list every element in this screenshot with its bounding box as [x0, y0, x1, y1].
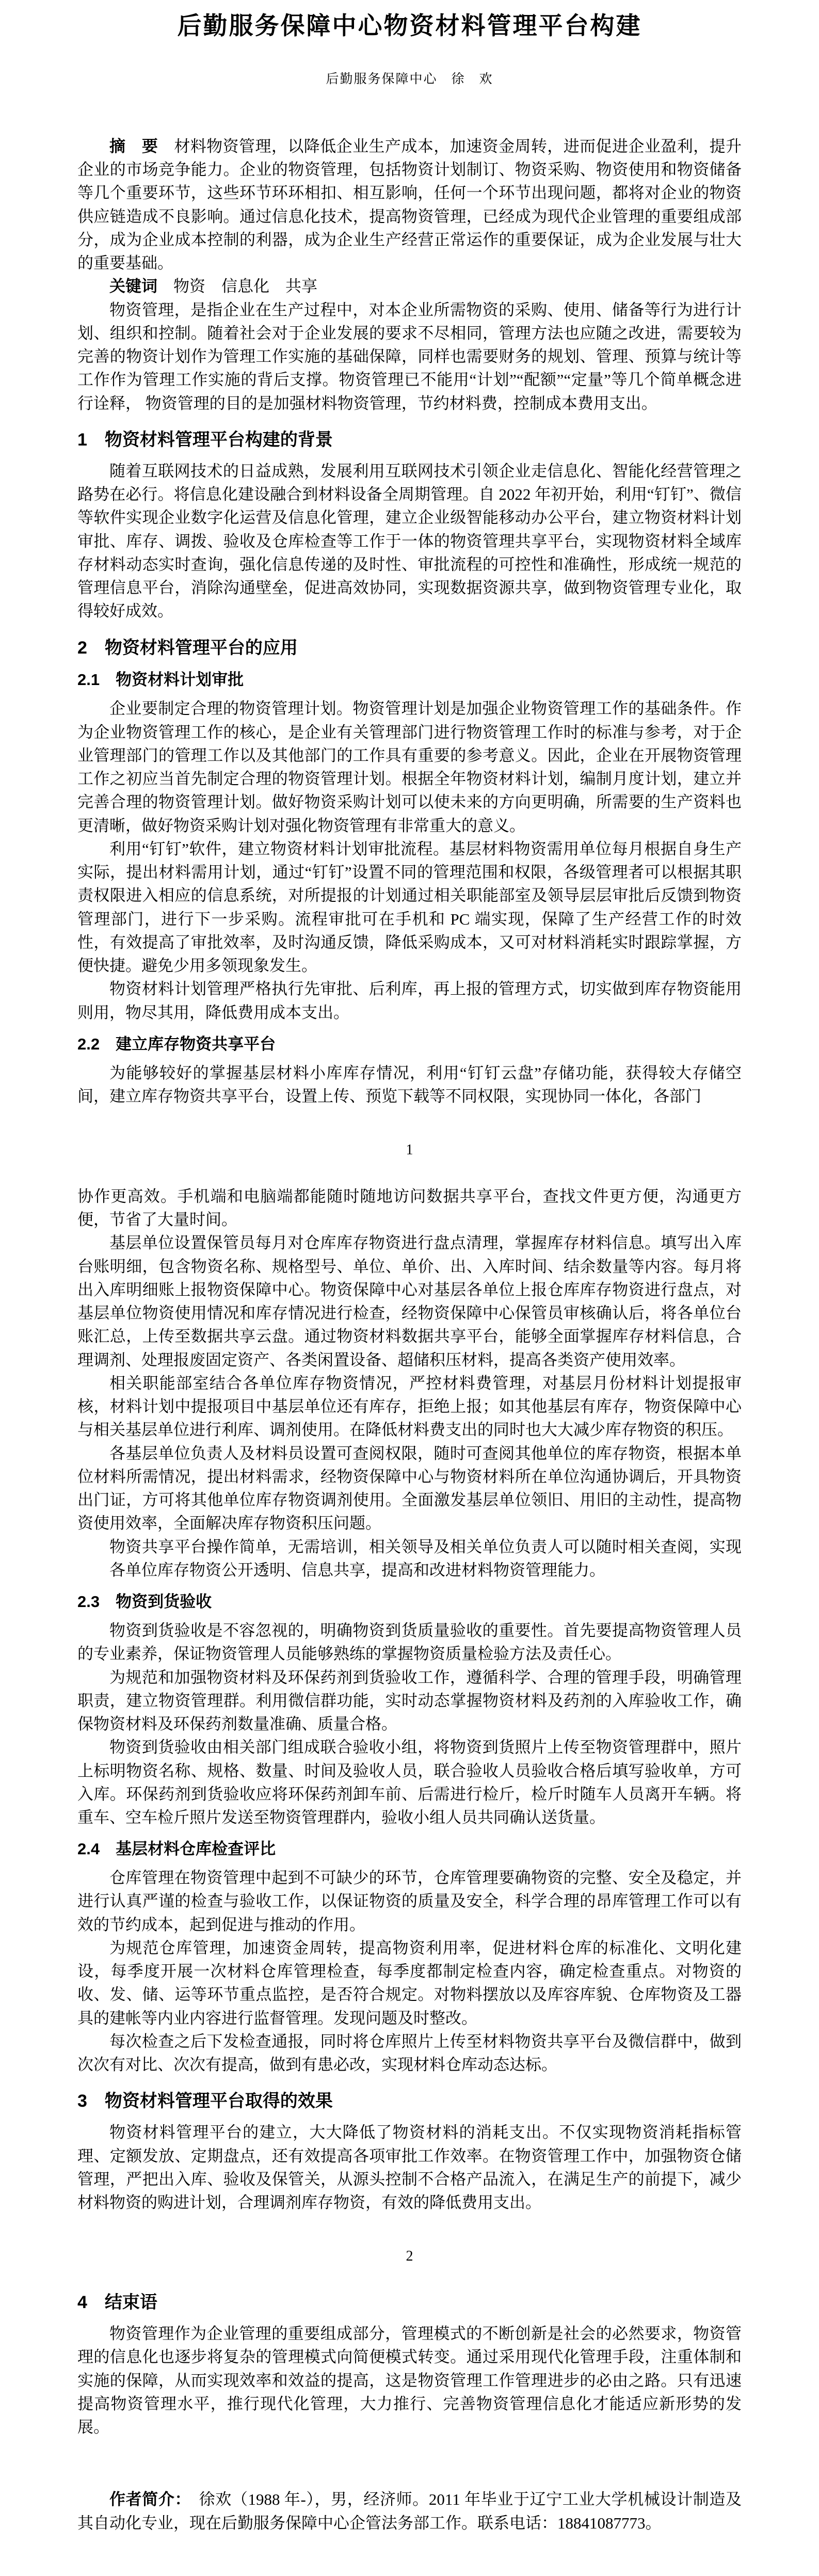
document-page: { "document": { "title": "后勤服务保障中心物资材料管理… [0, 0, 819, 2576]
body-paragraph: 为能够较好的掌握基层材料小库库存情况，利用“钉钉云盘”存储功能，获得较大存储空间… [77, 1061, 742, 1108]
body-paragraph-indented: 物资共享平台操作简单，无需培训，相关领导及相关单位负责人可以随时相关查阅，实现各… [109, 1535, 742, 1582]
section-heading: 2 物资材料管理平台的应用 [77, 637, 742, 660]
body-paragraph: 相关职能部室结合各单位库存物资情况，严控材料费管理，对基层月份材料计划提报审核，… [77, 1372, 742, 1442]
body-paragraph: 各基层单位负责人及材料员设置可查阅权限，随时可查阅其他单位的库存物资，根据本单位… [77, 1442, 742, 1535]
section-heading: 3 物资材料管理平台取得的效果 [77, 2090, 742, 2113]
subsection-heading: 2.1 物资材料计划审批 [77, 669, 742, 691]
body-paragraph: 每次检查之后下发检查通报，同时将仓库照片上传至材料物资共享平台及微信群中，做到次… [77, 2030, 742, 2077]
body-paragraph: 仓库管理在物资管理中起到不可缺少的环节，仓库管理要确物资的完整、安全及稳定，并进… [77, 1866, 742, 1936]
keywords-line: 关键词物资 信息化 共享 [77, 275, 742, 298]
body-paragraph: 物资管理作为企业管理的重要组成部分，管理模式的不断创新是社会的必然要求，物资管理… [77, 2322, 742, 2439]
body-paragraph: 物资到货验收是不容忽视的，明确物资到货质量验收的重要性。首先要提高物资管理人员的… [77, 1619, 742, 1666]
page-title: 后勤服务保障中心物资材料管理平台构建 [77, 11, 742, 40]
body-paragraph: 为规范和加强物资材料及环保药剂到货验收工作，遵循科学、合理的管理手段，明确管理职… [77, 1666, 742, 1736]
section-heading: 1 物资材料管理平台构建的背景 [77, 428, 742, 452]
section-heading: 4 结束语 [77, 2291, 742, 2315]
page-number: 2 [77, 2246, 742, 2267]
subsection-heading: 2.4 基层材料仓库检查评比 [77, 1838, 742, 1860]
body-paragraph: 基层单位设置保管员每月对仓库库存物资进行盘点清理，掌握库存材料信息。填写出入库台… [77, 1231, 742, 1372]
author-line: 后勤服务保障中心 徐 欢 [77, 70, 742, 89]
body-paragraph: 物资管理，是指企业在生产过程中，对本企业所需物资的采购、使用、储备等行为进行计划… [77, 298, 742, 415]
keywords-line-label: 关键词 [109, 277, 157, 295]
body-paragraph-continued: 协作更高效。手机端和电脑端都能随时随地访问数据共享平台，查找文件更方便，沟通更方… [77, 1185, 742, 1232]
subsection-heading: 2.2 建立库存物资共享平台 [77, 1033, 742, 1055]
body-paragraph: 为规范仓库管理，加速资金周转，提高物资利用率，促进材料仓库的标准化、文明化建设，… [77, 1936, 742, 2030]
keywords-line-text: 物资 信息化 共享 [173, 277, 317, 295]
document-body: 摘 要材料物资管理，以降低企业生产成本，加速资金周转，进而促进企业盈利，提升企业… [77, 135, 742, 2535]
body-paragraph: 物资材料计划管理严格执行先审批、后利库，再上报的管理方式，切实做到库存物资能用则… [77, 977, 742, 1024]
body-paragraph: 企业要制定合理的物资管理计划。物资管理计划是加强企业物资管理工作的基础条件。作为… [77, 697, 742, 837]
body-paragraph: 利用“钉钉”软件，建立物资材料计划审批流程。基层材料物资需用单位每月根据自身生产… [77, 837, 742, 978]
subsection-heading: 2.3 物资到货验收 [77, 1591, 742, 1613]
author-bio-paragraph: 作者简介：徐欢（1988 年-），男，经济师。2011 年毕业于辽宁工业大学机械… [77, 2488, 742, 2535]
body-paragraph: 随着互联网技术的日益成熟，发展利用互联网技术引领企业走信息化、智能化经营管理之路… [77, 459, 742, 623]
body-paragraph: 物资材料管理平台的建立，大大降低了物资材料的消耗支出。不仅实现物资消耗指标管理、… [77, 2121, 742, 2214]
author-bio-paragraph-label: 作者简介： [109, 2490, 191, 2508]
body-paragraph: 物资到货验收由相关部门组成联合验收小组，将物资到货照片上传至物资管理群中，照片上… [77, 1736, 742, 1829]
page-number: 1 [77, 1140, 742, 1161]
abstract-paragraph-text: 材料物资管理，以降低企业生产成本，加速资金周转，进而促进企业盈利，提升企业的市场… [77, 137, 742, 272]
abstract-paragraph-label: 摘 要 [109, 137, 158, 155]
abstract-paragraph: 摘 要材料物资管理，以降低企业生产成本，加速资金周转，进而促进企业盈利，提升企业… [77, 135, 742, 275]
